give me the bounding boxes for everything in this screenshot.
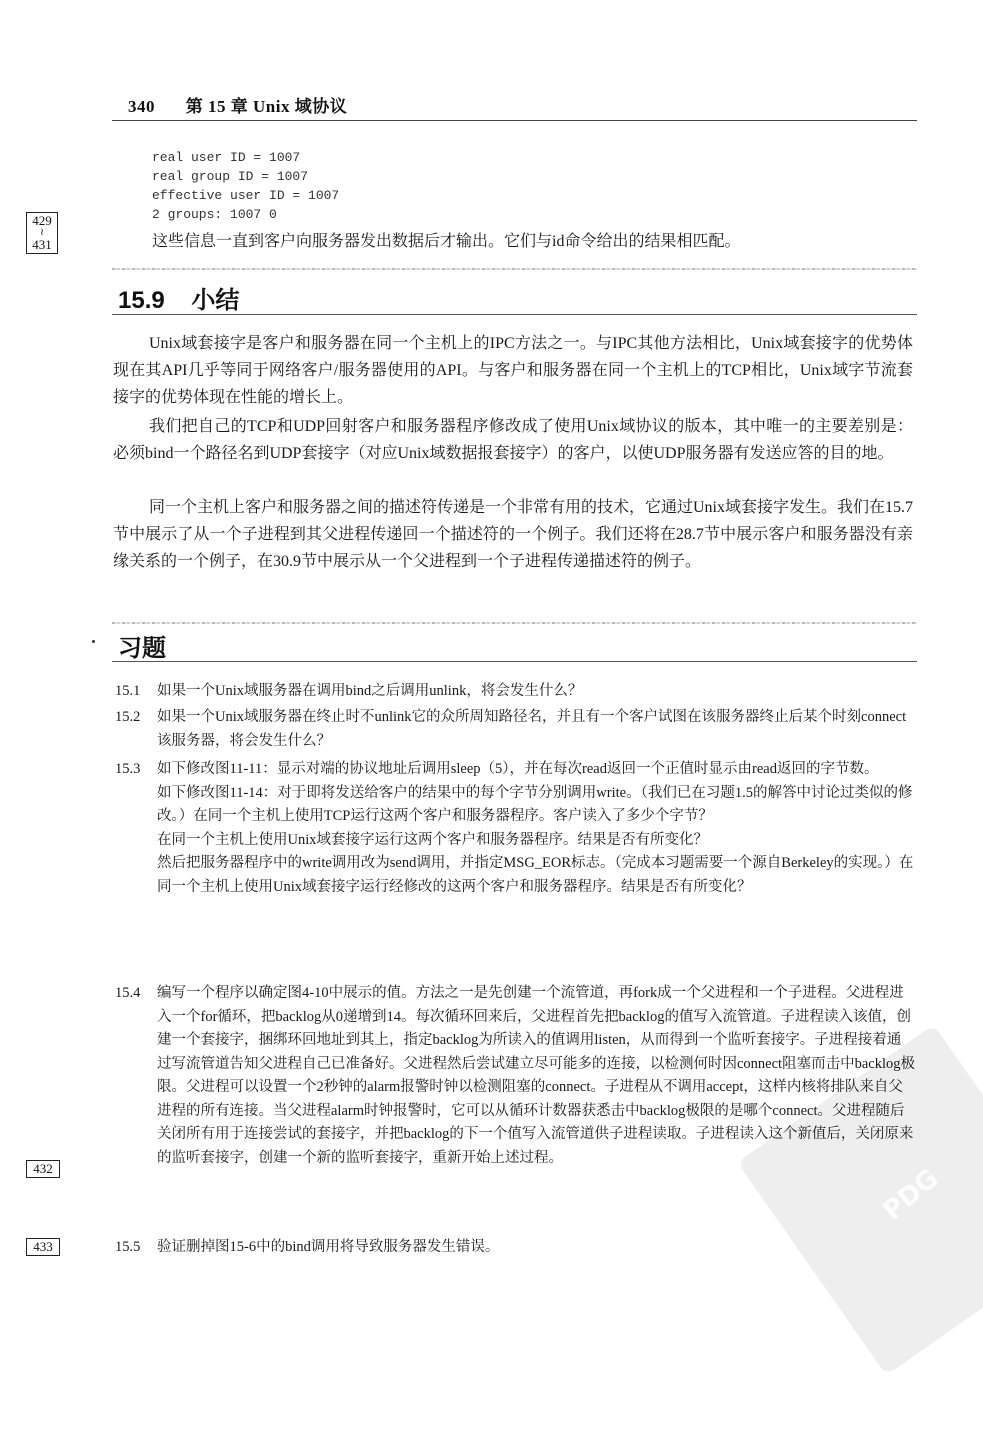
code-line: real group ID = 1007 [152,167,339,186]
chapter-title: 第 15 章 Unix 域协议 [186,97,347,116]
exercise-subparagraph: 在同一个主机上使用Unix域套接字运行这两个客户和服务器程序。结果是否有所变化？ [157,829,915,853]
section-separator [112,622,917,624]
intro-sentence: 这些信息一直到客户向服务器发出数据后才输出。它们与id命令给出的结果相匹配。 [152,228,922,255]
section-title: 小结 [191,287,239,314]
exercise-number: 15.2 [115,706,157,730]
exercise-text: 如果一个Unix域服务器在调用bind之后调用unlink，将会发生什么？ [157,680,915,704]
code-line: effective user ID = 1007 [152,186,339,205]
margin-ref-end: 431 [29,238,55,252]
code-line: real user ID = 1007 [152,148,339,167]
code-output-block: real user ID = 1007 real group ID = 1007… [152,148,339,224]
exercise-text: 如果一个Unix域服务器在终止时不unlink它的众所周知路径名，并且有一个客户… [157,706,915,753]
exercise-number: 15.1 [115,680,157,704]
exercise-text: 如下修改图11-11：显示对端的协议地址后调用sleep（5），并在每次read… [157,758,915,782]
margin-page-ref: 429 ≀ 431 [26,212,58,254]
code-line: 2 groups: 1007 0 [152,205,339,224]
margin-page-ref: 433 [26,1238,60,1256]
section-heading-exercises: 习题 [118,628,166,663]
exercise-text: 验证删掉图15-6中的bind调用将导致服务器发生错误。 [157,1236,915,1260]
exercise-item: 15.5 验证删掉图15-6中的bind调用将导致服务器发生错误。 [115,1236,915,1260]
summary-paragraph: Unix域套接字是客户和服务器在同一个主机上的IPC方法之一。与IPC其他方法相… [113,330,913,411]
heading-rule [112,661,917,662]
header-rule [112,120,917,121]
exercise-text: 编写一个程序以确定图4-10中展示的值。方法之一是先创建一个流管道，再fork成… [157,982,915,1170]
section-number: 15.9 [118,287,165,314]
section-separator [112,268,917,270]
exercise-item: 15.1 如果一个Unix域服务器在调用bind之后调用unlink，将会发生什… [115,680,915,704]
exercise-subparagraph: 然后把服务器程序中的write调用改为send调用，并指定MSG_EOR标志。（… [157,852,915,899]
running-header: 340 第 15 章 Unix 域协议 [128,92,347,117]
section-heading-summary: 15.9 小结 [118,280,239,315]
exercise-subparagraph: 如下修改图11-14：对于即将发送给客户的结果中的每个字节分别调用write。（… [157,782,915,829]
exercise-item: 15.3 如下修改图11-11：显示对端的协议地址后调用sleep（5），并在每… [115,758,915,899]
exercise-item: 15.4 编写一个程序以确定图4-10中展示的值。方法之一是先创建一个流管道，再… [115,982,915,1170]
page-number: 340 [128,97,155,116]
summary-paragraph: 我们把自己的TCP和UDP回射客户和服务器程序修改成了使用Unix域协议的版本，… [113,413,913,467]
summary-paragraph: 同一个主机上客户和服务器之间的描述符传递是一个非常有用的技术，它通过Unix域套… [113,494,913,575]
margin-dot [92,640,95,643]
exercise-number: 15.5 [115,1236,157,1260]
heading-rule [112,314,917,315]
exercise-number: 15.4 [115,982,157,1006]
margin-page-ref: 432 [26,1160,60,1178]
exercise-item: 15.2 如果一个Unix域服务器在终止时不unlink它的众所周知路径名，并且… [115,706,915,753]
exercise-number: 15.3 [115,758,157,782]
margin-ref-start: 429 [29,214,55,228]
